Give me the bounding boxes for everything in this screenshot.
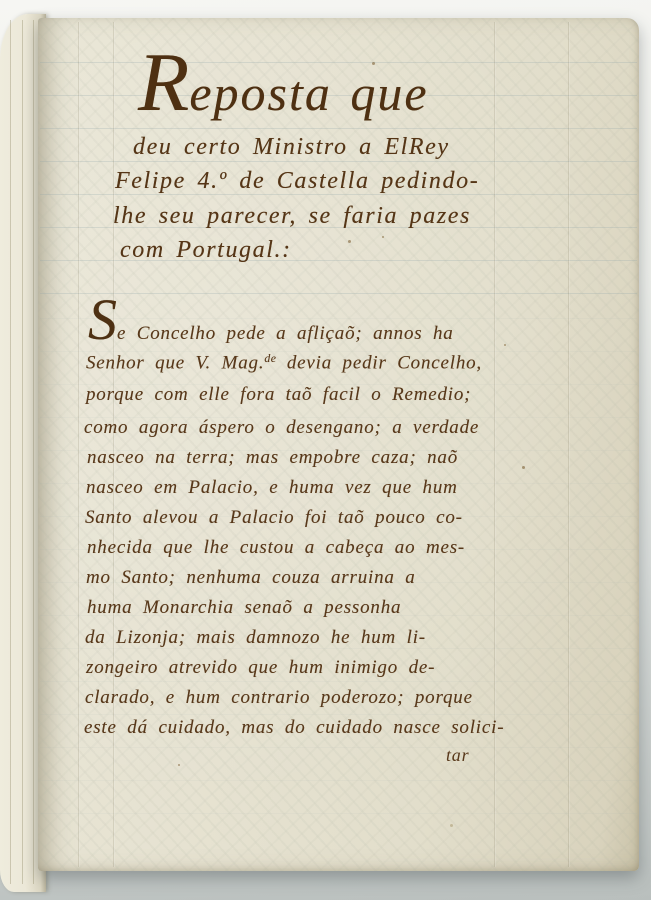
body-line-8: nhecida que lhe custou a cabeça ao mes-: [87, 537, 465, 559]
body-line-6: nasceo em Palacio, e huma vez que hum: [86, 477, 458, 499]
body-line-7: Santo alevou a Palacio foi taõ pouco co-: [85, 507, 463, 529]
body-line-13: clarado, e hum contrario poderozo; porqu…: [85, 687, 473, 709]
title-line-2: deu certo Ministro a ElRey: [133, 134, 450, 161]
body-line-3: porque com elle fora taõ facil o Remedio…: [86, 384, 471, 406]
body-line-5: nasceo na terra; mas empobre caza; naõ: [87, 447, 458, 469]
body-line-2-superscript: de: [264, 352, 276, 365]
title-line-5: com Portugal.:: [120, 237, 292, 264]
body-line-2-pre: Senhor que V. Mag.: [86, 352, 264, 373]
body-line-12: zongeiro atrevido que hum inimigo de-: [86, 657, 435, 679]
body-line-4: como agora áspero o desengano; a verdade: [84, 417, 479, 439]
body-line-14: este dá cuidado, mas do cuidado nasce so…: [84, 717, 504, 739]
body-line-10: huma Monarchia senaõ a pessonha: [87, 597, 401, 619]
title-line-4: lhe seu parecer, se faria pazes: [113, 203, 471, 230]
title-line-3: Felipe 4.º de Castella pedindo-: [115, 168, 479, 195]
body-line-1: Se Concelho pede a afliçaõ; annos ha: [88, 305, 454, 345]
photo-backdrop: Reposta que deu certo Ministro a ElRey F…: [0, 0, 651, 900]
body-line-2-post: devia pedir Concelho,: [276, 352, 482, 373]
body-line-11: da Lizonja; mais damnozo he hum li-: [85, 627, 426, 649]
handwritten-text: Reposta que deu certo Ministro a ElRey F…: [0, 0, 651, 900]
body-line-2: Senhor que V. Mag.de devia pedir Concelh…: [86, 352, 482, 374]
catchword: tar: [446, 745, 469, 766]
title-line-1: Reposta que: [138, 58, 429, 122]
body-line-9: mo Santo; nenhuma couza arruina a: [86, 567, 416, 589]
